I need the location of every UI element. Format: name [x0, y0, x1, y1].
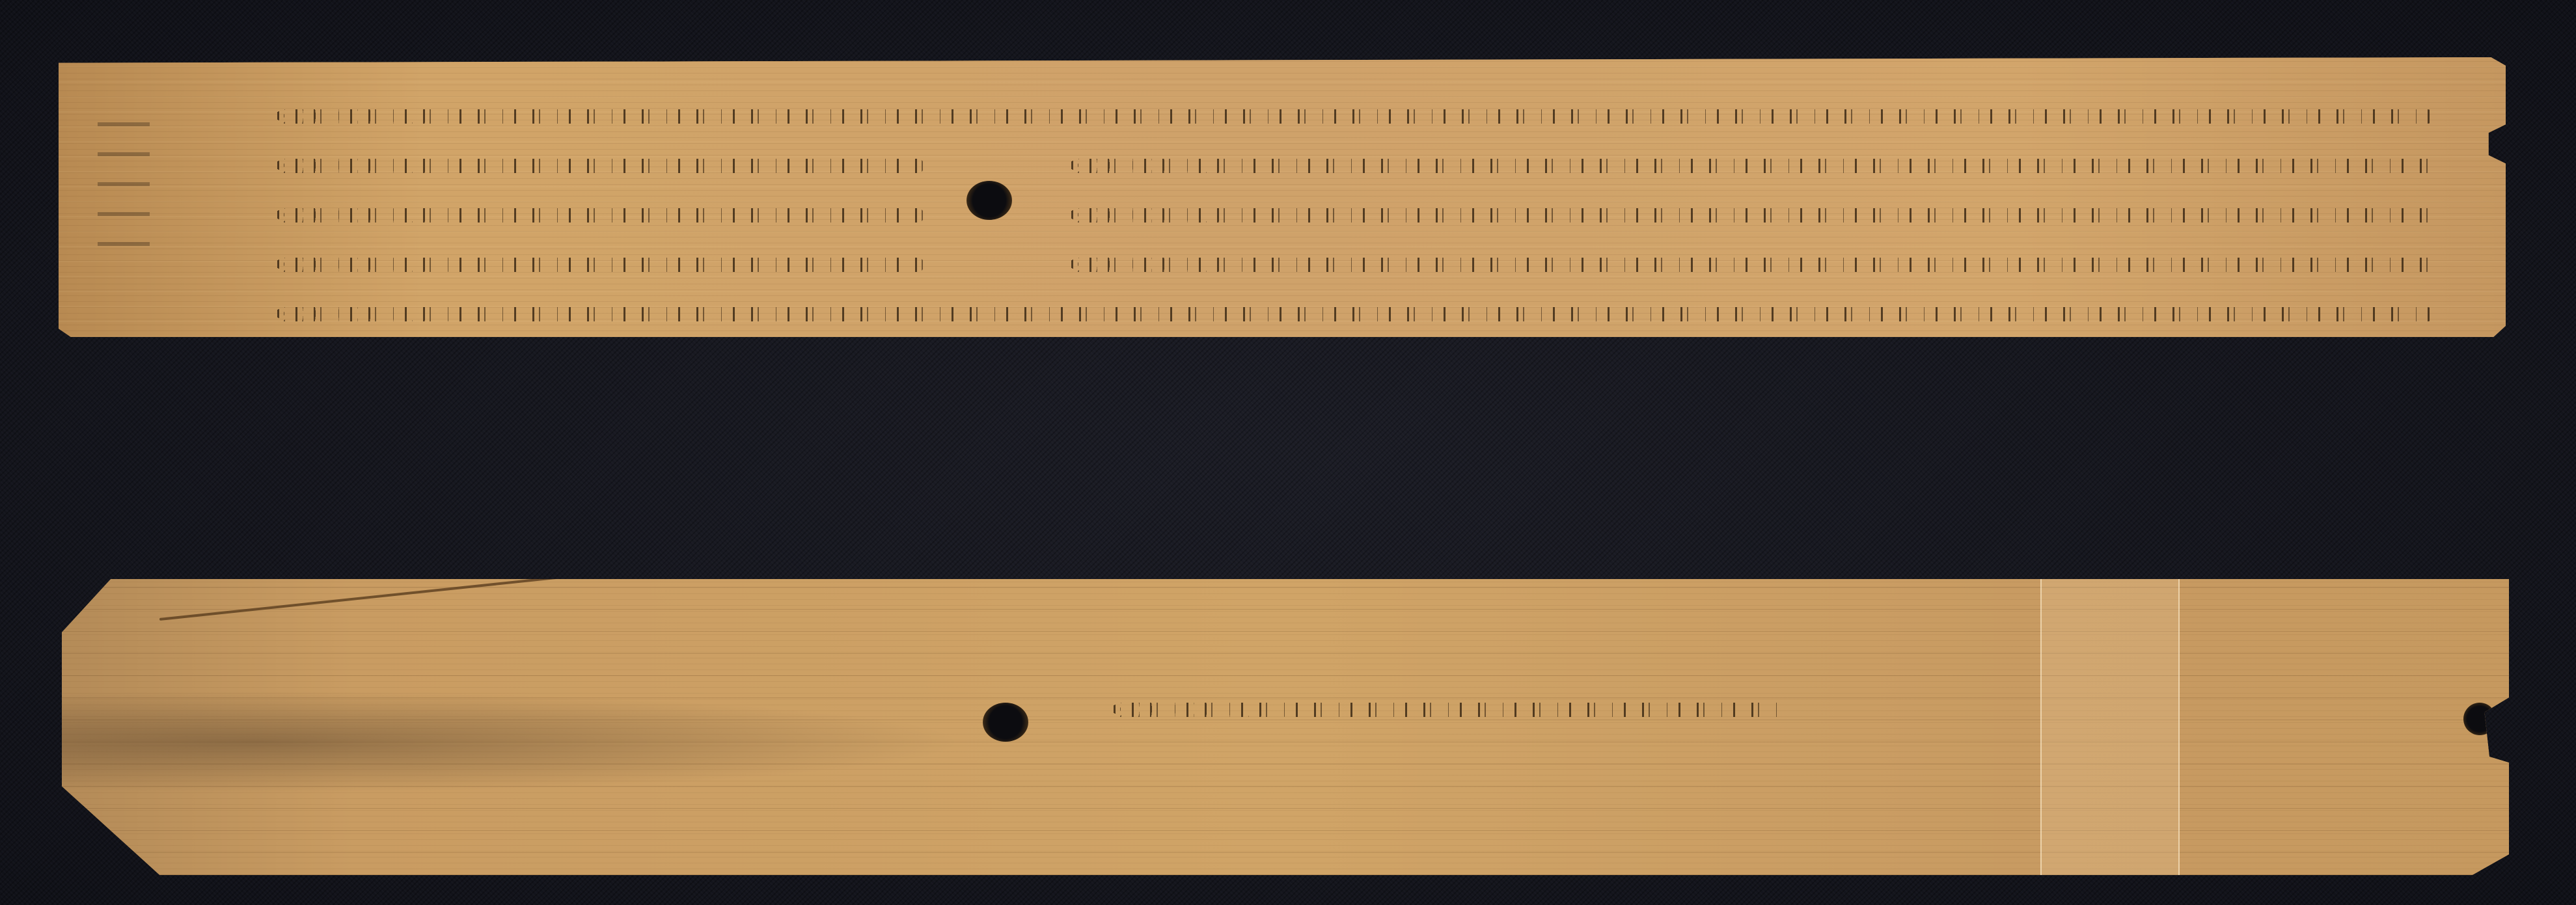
top-leaf-line-5: Burmese script line 5	[273, 281, 2434, 331]
script-line: Burmese script line 5	[273, 281, 2434, 331]
edge-stain-marks	[98, 122, 150, 272]
palm-leaf-top: Burmese script line 1 Burmese script lin…	[59, 57, 2506, 337]
top-leaf-left-block: Burmese script line 2 Burmese script lin…	[273, 133, 924, 281]
repair-strip	[2040, 579, 2180, 875]
top-leaf-right-block	[1067, 133, 2434, 281]
script-line: Burmese script line 4	[273, 232, 924, 281]
script-line: Burmese script line 1	[273, 83, 2434, 133]
leaf-crack	[159, 537, 937, 621]
binding-hole	[2463, 703, 2496, 735]
script-line	[1067, 133, 2434, 182]
palm-leaf-bottom: Burmese script title line	[62, 579, 2509, 875]
script-line	[1067, 232, 2434, 281]
bottom-leaf-title-line: Burmese script title line	[1110, 677, 1787, 726]
script-line: Burmese script title line	[1110, 677, 1787, 726]
script-line: Burmese script line 2	[273, 133, 924, 182]
binding-hole	[966, 181, 1012, 220]
top-leaf-line-1: Burmese script line 1	[273, 83, 2434, 133]
script-line	[1067, 182, 2434, 232]
script-line: Burmese script line 3	[273, 182, 924, 232]
binding-hole	[983, 703, 1028, 742]
